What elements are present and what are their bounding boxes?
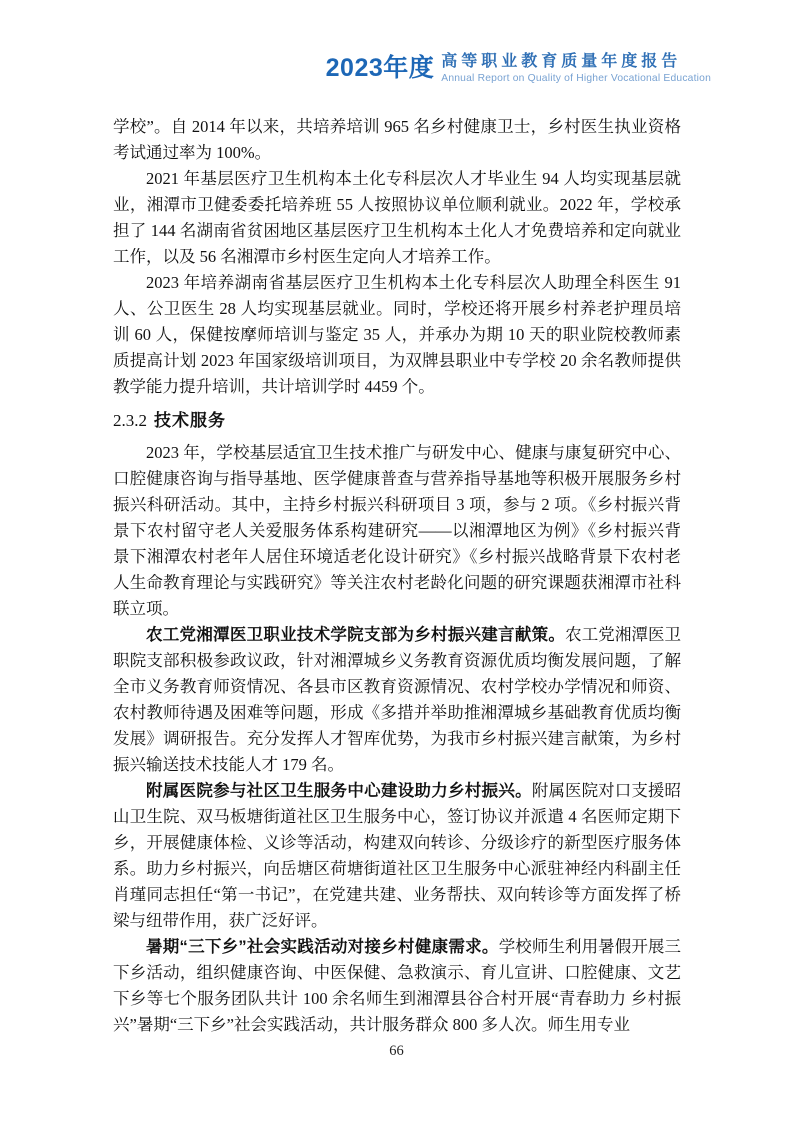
paragraph-text: 2023 年，学校基层适宜卫生技术推广与研发中心、健康与康复研究中心、口腔健康咨…	[113, 443, 681, 618]
paragraph-lead: 农工党湘潭医卫职业技术学院支部为乡村振兴建言献策。	[146, 626, 565, 644]
paragraph-text: 2021 年基层医疗卫生机构本土化专科层次人才毕业生 94 人均实现基层就业，湘…	[113, 169, 681, 266]
header-year-label: 2023年度	[326, 52, 435, 82]
section-heading: 2.3.2技术服务	[113, 408, 681, 434]
paragraph-continuation: 学校”。自 2014 年以来，共培养培训 965 名乡村健康卫士，乡村医生执业资…	[113, 114, 681, 166]
paragraph-lead: 暑期“三下乡”社会实践活动对接乡村健康需求。	[146, 938, 499, 956]
paragraph: 农工党湘潭医卫职业技术学院支部为乡村振兴建言献策。农工党湘潭医卫职院支部积极参政…	[113, 622, 681, 778]
document-body: 学校”。自 2014 年以来，共培养培训 965 名乡村健康卫士，乡村医生执业资…	[113, 114, 681, 1038]
section-title: 技术服务	[154, 411, 226, 430]
paragraph-lead: 附属医院参与社区卫生服务中心建设助力乡村振兴。	[146, 782, 532, 800]
page-number: 66	[389, 1043, 404, 1059]
header-title-english: Annual Report on Quality of Higher Vocat…	[441, 72, 711, 85]
paragraph: 2021 年基层医疗卫生机构本土化专科层次人才毕业生 94 人均实现基层就业，湘…	[113, 166, 681, 270]
paragraph: 附属医院参与社区卫生服务中心建设助力乡村振兴。附属医院对口支援昭山卫生院、双马板…	[113, 778, 681, 934]
document-page: 2023年度 高等职业教育质量年度报告 Annual Report on Qua…	[0, 0, 793, 1122]
paragraph-text: 学校”。自 2014 年以来，共培养培训 965 名乡村健康卫士，乡村医生执业资…	[113, 117, 681, 162]
paragraph-text: 农工党湘潭医卫职院支部积极参政议政，针对湘潭城乡义务教育资源优质均衡发展问题，了…	[113, 625, 681, 774]
paragraph-text: 附属医院对口支援昭山卫生院、双马板塘街道社区卫生服务中心，签订协议并派遣 4 名…	[113, 781, 681, 930]
page-footer: 66	[0, 1042, 793, 1060]
header-titles: 高等职业教育质量年度报告 Annual Report on Quality of…	[441, 52, 711, 85]
paragraph: 暑期“三下乡”社会实践活动对接乡村健康需求。学校师生利用暑假开展三下乡活动，组织…	[113, 934, 681, 1038]
report-header: 2023年度 高等职业教育质量年度报告 Annual Report on Qua…	[326, 52, 711, 85]
paragraph: 2023 年，学校基层适宜卫生技术推广与研发中心、健康与康复研究中心、口腔健康咨…	[113, 440, 681, 622]
header-title-chinese: 高等职业教育质量年度报告	[441, 52, 711, 71]
paragraph-text: 2023 年培养湖南省基层医疗卫生机构本土化专科层次人助理全科医生 91 人、公…	[113, 273, 681, 396]
section-number: 2.3.2	[113, 411, 147, 430]
paragraph: 2023 年培养湖南省基层医疗卫生机构本土化专科层次人助理全科医生 91 人、公…	[113, 270, 681, 400]
